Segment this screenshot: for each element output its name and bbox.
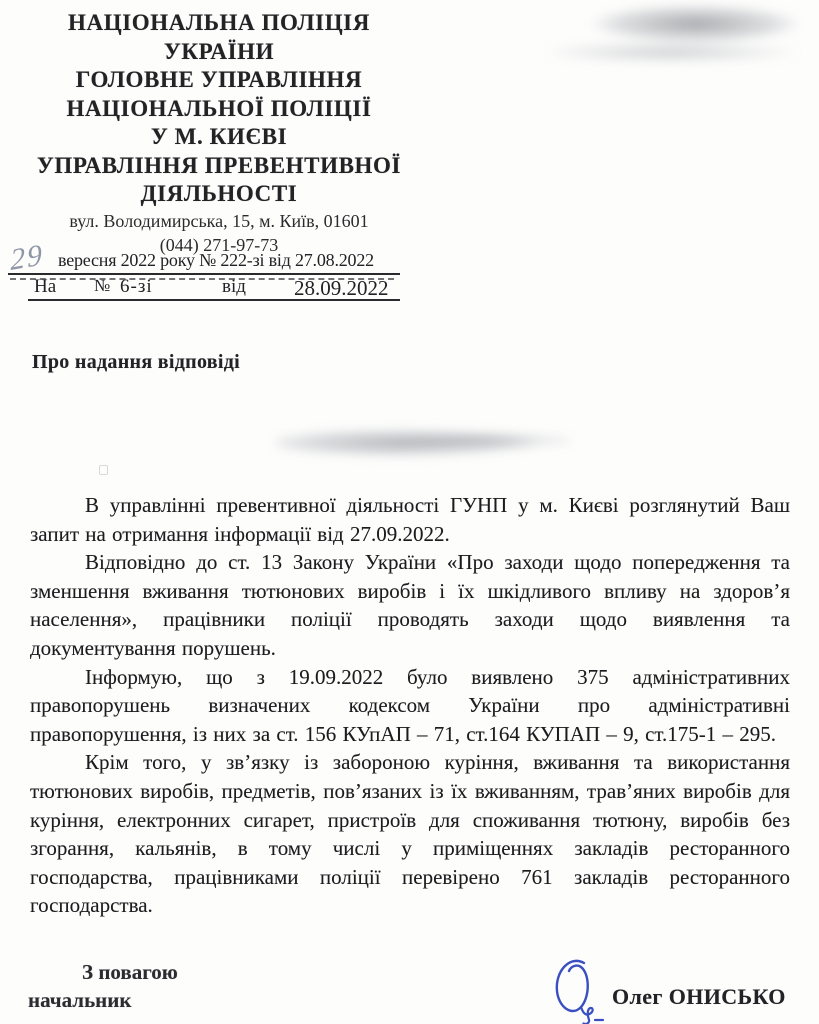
outgoing-reference-text: вересня 2022 року № 222-зі від 27.08.202… <box>58 250 374 271</box>
org-name-line: У М. КИЄВІ <box>22 123 416 152</box>
letter-body: В управлінні превентивної діяльності ГУН… <box>30 491 790 920</box>
scan-speck <box>99 465 108 475</box>
org-name-line: НАЦІОНАЛЬНОЇ ПОЛІЦІЇ <box>22 95 416 124</box>
signer-name: Олег ОНИСЬКО <box>612 984 786 1010</box>
paragraph: Інформую, що з 19.09.2022 було виявлено … <box>30 663 790 749</box>
incoming-ref-na: На <box>34 276 56 298</box>
signer-position: начальник <box>28 988 131 1013</box>
org-name-line: НАЦІОНАЛЬНА ПОЛІЦІЯ <box>22 9 416 38</box>
org-name-line: ДІЯЛЬНОСТІ <box>22 180 416 209</box>
paragraph: В управлінні превентивної діяльності ГУН… <box>30 491 790 548</box>
closing-salutation: З повагою <box>82 960 178 985</box>
incoming-ref-number: 6-зі <box>120 276 153 298</box>
incoming-ref-date: 28.09.2022 <box>294 276 389 301</box>
org-name-line: УКРАЇНИ <box>22 38 416 67</box>
scanned-letter-page: НАЦІОНАЛЬНА ПОЛІЦІЯ УКРАЇНИ ГОЛОВНЕ УПРА… <box>0 0 819 1024</box>
redaction-smudge-addressee <box>276 422 570 462</box>
incoming-ref-vid: від <box>222 276 246 298</box>
org-address: вул. Володимирська, 15, м. Київ, 01601 <box>22 210 416 233</box>
incoming-reference-line: На № 6-зі від 28.09.2022 <box>28 275 400 301</box>
redaction-smudge-top-right <box>552 4 808 66</box>
org-name-line: ГОЛОВНЕ УПРАВЛІННЯ <box>22 66 416 95</box>
org-name-line: УПРАВЛІННЯ ПРЕВЕНТИВНОЇ <box>22 152 416 181</box>
handwritten-day: 29 <box>10 238 45 278</box>
paragraph: Крім того, у зв’язку із забороною курінн… <box>30 748 790 920</box>
paragraph: Відповідно до ст. 13 Закону України «Про… <box>30 548 790 662</box>
handwritten-signature-icon <box>550 958 612 1024</box>
letterhead: НАЦІОНАЛЬНА ПОЛІЦІЯ УКРАЇНИ ГОЛОВНЕ УПРА… <box>22 9 416 257</box>
outgoing-reference-line: 29 вересня 2022 року № 222-зі від 27.08.… <box>8 247 400 275</box>
incoming-ref-no-sign: № <box>94 276 110 296</box>
subject-line: Про надання відповіді <box>32 351 240 374</box>
